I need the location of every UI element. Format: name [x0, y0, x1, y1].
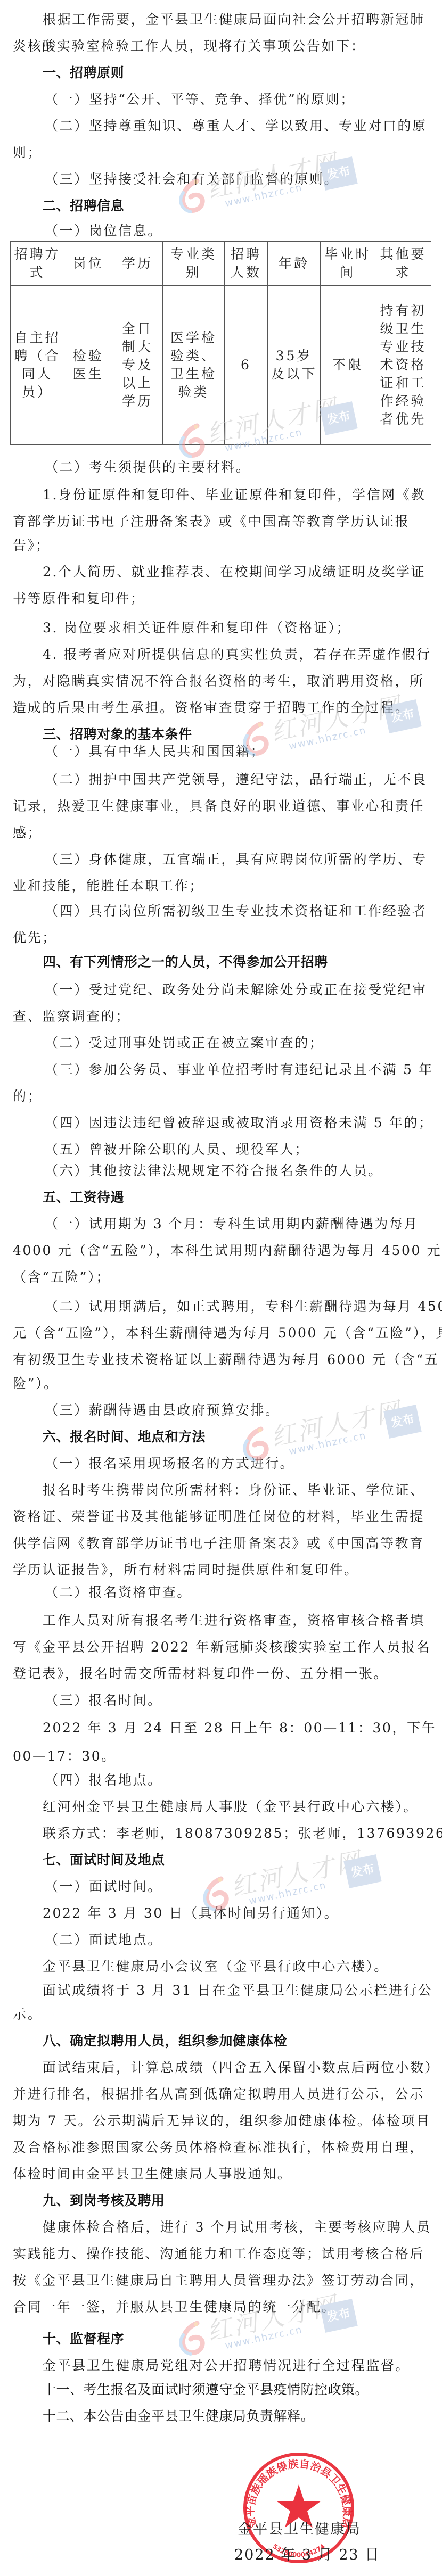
table-header-cell: 专业类别 — [163, 242, 225, 286]
paragraph-line: 元（含“五险”），本科生薪酬待遇为每月 5000 元（含“五险”），具 — [0, 1323, 442, 1344]
paragraph-line: （含“五险”）； — [0, 1267, 442, 1288]
section-heading: 一、招聘原则 — [0, 62, 442, 84]
paragraph-line: 1.身份证原件和复印件、毕业证原件和复印件，学信网《教 — [0, 484, 442, 506]
table-cell: 医学检验类、卫生检验类 — [163, 286, 225, 445]
paragraph-line: 感； — [0, 822, 442, 844]
subsection-heading: （二）考生须提供的主要材料。 — [0, 457, 442, 478]
table-header-cell: 招聘人数 — [225, 242, 268, 286]
paragraph-line: （一）具有中华人民共和国国籍； — [0, 741, 442, 762]
paragraph-line: 合同一年一签，并服从县卫生健康局的统一分配。 — [0, 2297, 442, 2318]
paragraph-line: 业和技能，能胜任本职工作； — [0, 876, 442, 897]
paragraph-line: 登记表》，报名时需交所需材料复印件一份、五分相一张。 — [0, 1663, 442, 1685]
paragraph-line: 的； — [0, 1086, 442, 1107]
section-heading: 十一、考生报名及面试时须遵守金平县疫情防控政策。 — [0, 2379, 442, 2400]
intro-line: 炎核酸实验室检验工作人员，现将有关事项公告如下： — [0, 36, 442, 57]
signature-org: 金平县卫生健康局 — [238, 2517, 361, 2538]
section-heading: 六、报名时间、地点和方法 — [0, 1426, 442, 1448]
paragraph-line: 2022 年 3 月 24 日至 28 日上午 8：00—11：30，下午 14… — [0, 1718, 442, 1739]
paragraph-line: 资格证、荣誉证书及其他能够证明胜任岗位的材料，毕业生需提 — [0, 1506, 442, 1528]
table-header-cell: 其他要求 — [375, 242, 431, 286]
paragraph-line: 报名时考生携带岗位所需材料：身份证、毕业证、学位证、 — [0, 1480, 442, 1501]
paragraph-line: 写《金平县公开招聘 2022 年新冠肺炎核酸实验室工作人员报名 — [0, 1637, 442, 1658]
paragraph-line: 有初级卫生专业技术资格证以上薪酬待遇为每月 6000 元（含“五 — [0, 1349, 442, 1370]
paragraph-line: 为，对隐瞒真实情况不符合报名资格的考生，取消聘用资格，所 — [0, 671, 442, 692]
paragraph-line: 金平县卫生健康局小会议室（金平县行政中心六楼）。 — [0, 1956, 442, 1977]
paragraph-line: 2.个人简历、就业推荐表、在校期间学习成绩证明及奖学证 — [0, 562, 442, 583]
paragraph-line: 育部学历证书电子注册备案表》或《中国高等教育学历认证报 — [0, 511, 442, 532]
table-cell: 6 — [225, 286, 268, 445]
paragraph-line: 红河州金平县卫生健康局人事股（金平县行政中心六楼）。 — [0, 1796, 442, 1818]
paragraph-line: 优先； — [0, 927, 442, 948]
paragraph-line: （五）曾被开除公职的人员、现役军人； — [0, 1139, 442, 1160]
paragraph-line: （三）参加公务员、事业单位招考时有违纪记录且不满 5 年 — [0, 1059, 442, 1080]
paragraph-line: 学历认证报告》，所有材料需同时提供原件和复印件。 — [0, 1559, 442, 1581]
signature-date: 2022 年 3 月 23 日 — [234, 2543, 380, 2564]
paragraph-line: 并进行排名，根据排名从高到低确定拟聘用人员进行公示，公示 — [0, 2084, 442, 2105]
paragraph-line: （一）坚持“公开、平等、竞争、择优”的原则； — [0, 89, 442, 110]
subsection-heading: （二）面试地点。 — [0, 1929, 442, 1951]
section-heading: 十、监督程序 — [0, 2329, 442, 2350]
paragraph-line: 工作人员对所有报名考生进行资格审查，资格审核合格者填 — [0, 1610, 442, 1631]
table-cell: 35岁及以下 — [268, 286, 321, 445]
section-heading: 七、面试时间及地点 — [0, 1850, 442, 1871]
table-header-row: 招聘方式 岗位 学历 专业类别 招聘人数 年龄 毕业时间 其他要求 — [11, 242, 431, 286]
paragraph-line: （一）试用期为 3 个月：专科生试用期内薪酬待遇为每月 — [0, 1213, 442, 1235]
table-cell: 持有初级卫生专业技术资格证和工作经验者优先 — [375, 286, 431, 445]
paragraph-line: （三）身体健康，五官端正，具有应聘岗位所需的学历、专 — [0, 849, 442, 870]
section-heading: 十二、本公告由金平县卫生健康局负责解释。 — [0, 2406, 442, 2427]
paragraph-line: 查、监察调查的； — [0, 1006, 442, 1027]
section-heading: 四、有下列情形之一的人员，不得参加公开招聘 — [0, 952, 442, 973]
paragraph-line: （四）具有岗位所需初级卫生专业技术资格证和工作经验者 — [0, 901, 442, 922]
subsection-heading: （四）报名地点。 — [0, 1770, 442, 1791]
paragraph-line: 2022 年 3 月 30 日（具体时间另行通知）。 — [0, 1903, 442, 1924]
paragraph-line: 造成的后果由考生承担。资格审查贯穿于招聘工作的全过程。 — [0, 697, 442, 719]
paragraph-line: 告》； — [0, 535, 442, 556]
paragraph-line: （二）试用期满后，如正式聘用，专科生薪酬待遇为每月 4500 — [0, 1296, 442, 1317]
paragraph-line: 健康体检合格后，进行 3 个月试用考核，主要考核应聘人员 — [0, 2217, 442, 2238]
paragraph-line: （二）坚持尊重知识、尊重人才、学以致用、专业对口的原 — [0, 115, 442, 137]
paragraph-line: 按《金平县卫生健康局自主聘用人员管理办法》签订劳动合同， — [0, 2270, 442, 2291]
paragraph-line: 供学信网《教育部学历证书电子注册备案表》或《中国高等教育 — [0, 1533, 442, 1554]
table-header-cell: 年龄 — [268, 242, 321, 286]
paragraph-line: （一）受过党纪、政务处分尚未解除处分或正在接受党纪审 — [0, 979, 442, 1001]
table-header-cell: 招聘方式 — [11, 242, 64, 286]
paragraph-line: 及合格标准参照国家公务员体格检查标准执行，体检费用自理， — [0, 2137, 442, 2158]
paragraph-line: 示。 — [0, 2004, 442, 2025]
subsection-heading: （二）报名资格审查。 — [0, 1582, 442, 1603]
section-heading: 八、确定拟聘用人员，组织参加健康体检 — [0, 2030, 442, 2052]
paragraph-line: 实践能力、操作技能、沟通能力和工作态度等；试用考核合格后 — [0, 2243, 442, 2265]
table-cell: 检验医生 — [64, 286, 112, 445]
paragraph-line: 3. 岗位要求相关证件原件和复印件（资格证）； — [0, 617, 442, 639]
paragraph-line: （二）拥护中国共产党领导，遵纪守法，品行端正，无不良 — [0, 769, 442, 790]
paragraph-line: （二）受过刑事处罚或正在被立案审查的； — [0, 1033, 442, 1054]
position-table: 招聘方式 岗位 学历 专业类别 招聘人数 年龄 毕业时间 其他要求 自主招聘（合… — [10, 241, 431, 445]
paragraph-line: （一）报名采用现场报名的方式进行。 — [0, 1453, 442, 1474]
table-cell: 全日制大专及以上学历 — [112, 286, 163, 445]
paragraph-line: 记录，热爱卫生健康事业，具备良好的职业道德、事业心和责任 — [0, 796, 442, 817]
paragraph-line: 体检时间由金平县卫生健康局人事股通知。 — [0, 2164, 442, 2185]
paragraph-line: 金平县卫生健康局党组对公开招聘情况进行全过程监督。 — [0, 2355, 442, 2376]
paragraph-line: 00—17：30。 — [0, 1746, 442, 1767]
paragraph-line: （四）因违法违纪曾被辞退或被取消录用资格未满 5 年的； — [0, 1112, 442, 1134]
paragraph-line: 面试结束后，计算总成绩（四舍五入保留小数点后两位小数） — [0, 2057, 442, 2078]
subsection-heading: （一）面试时间。 — [0, 1876, 442, 1897]
table-row: 自主招聘（合同人员） 检验医生 全日制大专及以上学历 医学检验类、卫生检验类 6… — [11, 286, 431, 445]
section-heading: 五、工资待遇 — [0, 1187, 442, 1208]
table-cell: 自主招聘（合同人员） — [11, 286, 64, 445]
table-cell: 不限 — [321, 286, 375, 445]
paragraph-line: 4000 元（含“五险”），本科生试用期内薪酬待遇为每月 4500 元 — [0, 1240, 442, 1261]
table-header-cell: 学历 — [112, 242, 163, 286]
subsection-heading: （一）岗位信息。 — [0, 220, 442, 242]
paragraph-line: （六）其他按法律法规规定不符合报名条件的人员。 — [0, 1160, 442, 1182]
paragraph-line: 书等原件和复印件； — [0, 588, 442, 609]
paragraph-line: 险”）。 — [0, 1373, 442, 1394]
table-header-cell: 毕业时间 — [321, 242, 375, 286]
contact-line: 联系方式：李老师，18087309285；张老师，13769392626。 — [0, 1823, 442, 1844]
subsection-heading: （三）报名时间。 — [0, 1690, 442, 1711]
paragraph-line: 4. 报考者应对所提供信息的真实性负责，若存在弄虚作假行 — [0, 644, 442, 665]
paragraph-line: 期为 7 天。公示期满后无异议的，组织参加健康体检。体检项目 — [0, 2110, 442, 2132]
section-heading: 九、到岗考核及聘用 — [0, 2190, 442, 2211]
intro-line: 根据工作需要，金平县卫生健康局面向社会公开招聘新冠肺 — [0, 9, 442, 30]
paragraph-line: 则； — [0, 142, 442, 163]
paragraph-line: 面试成绩将于 3 月 31 日在金平县卫生健康局公示栏进行公 — [0, 1980, 442, 2001]
table-header-cell: 岗位 — [64, 242, 112, 286]
section-heading: 二、招聘信息 — [0, 195, 442, 217]
paragraph-line: （三）薪酬待遇由县政府预算安排。 — [0, 1400, 442, 1421]
paragraph-line: （三）坚持接受社会和有关部门监督的原则。 — [0, 169, 442, 190]
